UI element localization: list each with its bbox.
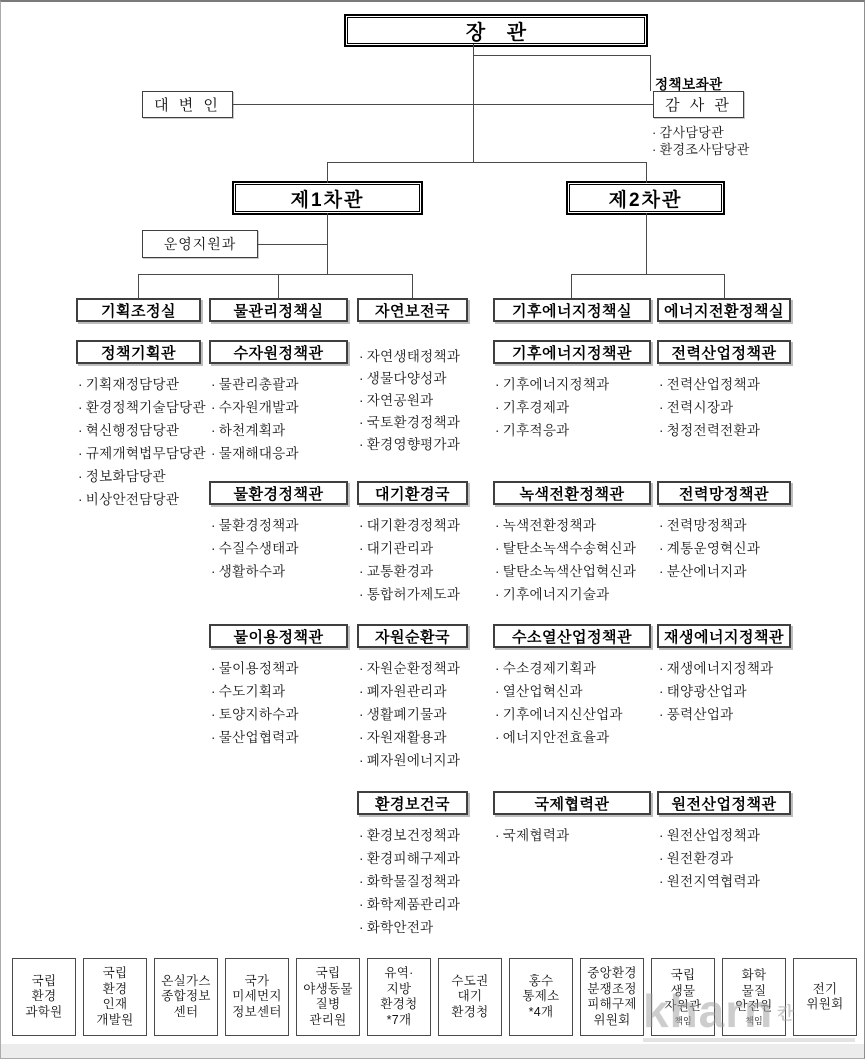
department-label: 수도기획과 [219,684,286,699]
department-item: ·수자원개발과 [211,396,299,416]
bullet: · [659,828,664,843]
department-label: 환경피해구제과 [367,851,460,866]
operation-support-box: 운영지원과 [142,230,258,258]
bullet: · [659,377,664,392]
bullet: · [495,541,500,556]
department-item: ·화학안전과 [359,916,434,936]
department-label: 통합허가제도과 [367,587,460,602]
group-header-box: 환경보건국 [357,791,468,815]
department-item: ·물환경정책과 [211,514,299,534]
bullet: · [211,684,216,699]
agency-box: 화학물질안전원책임 [722,958,786,1036]
department-label: 수자원개발과 [219,400,299,415]
department-item: ·수소경제기획과 [495,657,596,677]
group-header-box: 전력망정책관 [657,481,791,505]
bullet: · [359,920,364,935]
agency-label-line: 통제소 [522,989,559,1005]
department-label: 규제개혁법무담당관 [86,446,206,461]
department-label: 열산업혁신과 [503,684,583,699]
agency-label-line: 수도권 [451,974,488,990]
department-item: ·폐자원에너지과 [359,749,460,769]
connector-line [473,44,474,162]
department-label: 청정전력전환과 [667,423,760,438]
bullet: · [659,874,664,889]
department-item: ·자연생태정책과 [359,345,460,365]
bullet: · [359,393,364,408]
bullet: · [359,661,364,676]
department-item: ·풍력산업과 [659,703,734,723]
connector-line [650,55,651,91]
department-item: ·자연공원과 [359,389,434,409]
department-label: 생물다양성과 [367,371,447,386]
bullet: · [78,469,83,484]
bullet: · [359,437,364,452]
bullet: · [659,851,664,866]
agency-label-line: 위원회 [593,1013,630,1029]
bullet: · [78,400,83,415]
connector-line [327,162,647,163]
bullet: · [495,587,500,602]
agency-label-line: 중앙환경 [587,966,637,982]
bullet: · [359,874,364,889]
department-label: 국제협력과 [503,828,570,843]
agency-note: 책임 [674,1016,691,1026]
agency-label-line: 센터 [174,1005,199,1021]
connector-line [412,274,413,298]
bullet: · [495,377,500,392]
agency-box: 수도권대기환경청 [438,958,502,1036]
bullet: · [359,587,364,602]
department-label: 물산업협력과 [219,730,299,745]
department-label: 재생에너지정책과 [667,661,774,676]
bullet: · [359,415,364,430]
bullet: · [211,400,216,415]
bullet: · [78,492,83,507]
department-label: 자원재활용과 [367,730,447,745]
department-item: ·국토환경정책과 [359,411,460,431]
bullet: · [78,423,83,438]
agency-label-line: 개발원 [96,1013,133,1029]
division-box: 물관리정책실 [209,298,348,322]
agency-label-line: 미세먼지 [232,989,282,1005]
connector-line [327,162,328,183]
group-header-box: 정책기획관 [76,340,201,364]
bullet: · [659,400,664,415]
department-label: 기후에너지신산업과 [503,707,623,722]
spokesperson-box: 대 변 인 [142,91,233,118]
bullet: · [359,753,364,768]
connector-line [571,274,572,298]
agency-box: 전기위원회 [793,958,857,1036]
bullet: · [495,707,500,722]
department-item: ·탈탄소녹색산업혁신과 [495,560,636,580]
group-header-box: 수소열산업정책관 [493,624,651,648]
connector-line [646,213,647,274]
group-header-box: 물환경정책관 [209,481,348,505]
agency-label-line: 정보센터 [232,1005,282,1021]
group-header-box: 재생에너지정책관 [657,624,791,648]
bullet: · [659,564,664,579]
department-item: ·기후에너지정책과 [495,373,610,393]
bullet: · [359,828,364,843]
agency-box: 중앙환경분쟁조정피해구제위원회 [580,958,644,1036]
agency-box: 국가미세먼지정보센터 [225,958,289,1036]
bullet: · [495,661,500,676]
department-label: 폐자원관리과 [367,684,447,699]
bullet: · [359,541,364,556]
bullet: · [211,446,216,461]
vice-minister-2-label: 제2차관 [609,185,683,212]
bullet: · [652,142,657,157]
department-label: 원전환경과 [667,851,734,866]
department-label: 자연공원과 [367,393,434,408]
bullet: · [211,377,216,392]
department-item: ·생물다양성과 [359,367,447,387]
agency-label-line: 전기 [813,982,838,998]
department-item: ·원전지역협력과 [659,870,760,890]
department-item: ·혁신행정담당관 [78,419,179,439]
bullet: · [359,349,364,364]
department-label: 화학물질정책과 [367,874,460,889]
agency-note: 책임 [745,1016,762,1026]
agency-label-line: 자원관 [664,999,701,1015]
department-item: ·기후경제과 [495,396,570,416]
department-item: ·규제개혁법무담당관 [78,442,206,462]
page-bottom-strip [1,1044,864,1058]
agency-label-line: *7개 [387,1013,412,1029]
bullet: · [495,518,500,533]
group-header-box: 수자원정책관 [209,340,348,364]
agency-label-line: 관리원 [309,1013,346,1029]
department-item: ·폐자원관리과 [359,680,447,700]
agency-label-line: 국립 [103,966,128,982]
department-label: 전력망정책과 [667,518,747,533]
agency-label-line: 분쟁조정 [587,982,637,998]
department-label: 태양광산업과 [667,684,747,699]
bullet: · [78,377,83,392]
agency-label-line: 위원회 [806,997,843,1013]
spokesperson-label: 대 변 인 [154,94,221,115]
connector-line [258,244,327,245]
connector-line [138,274,413,275]
department-label: 기후에너지기술과 [503,587,610,602]
department-label: 생활하수과 [219,564,286,579]
department-item: ·기후에너지신산업과 [495,703,623,723]
agency-label-line: 환경청 [451,1005,488,1021]
bullet: · [495,400,500,415]
department-label: 기후적응과 [503,423,570,438]
department-item: ·수도기획과 [211,680,286,700]
department-item: ·교통환경과 [359,560,434,580]
department-item: ·원전환경과 [659,847,734,867]
vice-minister-2-box: 제2차관 [569,184,722,212]
department-item: ·기후에너지기술과 [495,583,610,603]
department-item: ·화학제품관리과 [359,893,460,913]
org-chart: 장 관 대 변 인 정책보좌관 감 사 관 ·감사담당관 ·환경조사담당관 제1… [0,0,865,1059]
agency-label-line: 과학원 [25,1005,62,1021]
department-label: 토양지하수과 [219,707,299,722]
department-label: 하천계획과 [219,423,286,438]
department-item: ·전력산업정책과 [659,373,760,393]
bullet: · [495,828,500,843]
department-item: ·전력시장과 [659,396,734,416]
department-item: ·물관리총괄과 [211,373,299,393]
bullet: · [78,446,83,461]
department-label: 화학안전과 [367,920,434,935]
bullet: · [359,730,364,745]
department-label: 원전지역협력과 [667,874,760,889]
bullet: · [211,564,216,579]
department-label: 탈탄소녹색수송혁신과 [503,541,636,556]
connector-line [327,213,328,274]
division-box: 기후에너지정책실 [493,298,651,322]
department-item: ·물이용정책과 [211,657,299,677]
agency-label-line: 국립 [316,966,341,982]
department-label: 환경정책기술담당관 [86,400,206,415]
department-label: 국토환경정책과 [367,415,460,430]
department-label: 혁신행정담당관 [86,423,179,438]
agency-label-line: 환경 [103,982,128,998]
bullet: · [659,541,664,556]
vice-minister-1-label: 제1차관 [291,185,365,212]
department-label: 수질수생태과 [219,541,299,556]
connector-line [473,55,651,56]
bullet: · [211,661,216,676]
department-item: ·에너지안전효율과 [495,726,610,746]
department-item: ·비상안전담당관 [78,488,179,508]
department-label: 물환경정책과 [219,518,299,533]
department-item: ·환경정책기술담당관 [78,396,206,416]
minister-box: 장 관 [347,17,645,44]
department-item: ·환경보건정책과 [359,824,460,844]
agency-label-line: 화학 [742,968,767,984]
department-item: ·기후적응과 [495,419,570,439]
agency-label-line: 유역· [384,966,413,982]
agency-label-line: 물질 [742,984,767,1000]
department-label: 대기관리과 [367,541,434,556]
bullet: · [659,423,664,438]
connector-line [571,274,725,275]
agency-label-line: 질병 [316,997,341,1013]
agency-box: 홍수통제소*4개 [509,958,573,1036]
department-label: 물이용정책과 [219,661,299,676]
bullet: · [359,371,364,386]
agency-box: 국립환경인재개발원 [83,958,147,1036]
agency-label-line: 환경 [32,989,57,1005]
department-label: 녹색전환정책과 [503,518,596,533]
agency-box: 국립야생동물질병관리원 [296,958,360,1036]
department-item: ·청정전력전환과 [659,419,760,439]
department-label: 자원순환정책과 [367,661,460,676]
connector-line [138,274,139,298]
department-item: ·녹색전환정책과 [495,514,596,534]
department-item: ·통합허가제도과 [359,583,460,603]
department-label: 교통환경과 [367,564,434,579]
bullet: · [495,423,500,438]
division-box: 에너지전환정책실 [657,298,791,322]
department-label: 물재해대응과 [219,446,299,461]
department-label: 물관리총괄과 [219,377,299,392]
bullet: · [495,730,500,745]
bullet: · [211,518,216,533]
department-item: ·재생에너지정책과 [659,657,774,677]
department-item: ·열산업혁신과 [495,680,583,700]
department-item: ·대기관리과 [359,537,434,557]
department-item: ·토양지하수과 [211,703,299,723]
vice-minister-1-box: 제1차관 [235,184,420,212]
department-item: ·국제협력과 [495,824,570,844]
division-box: 자연보전국 [357,298,468,322]
agency-box: 온실가스종합정보센터 [154,958,218,1036]
agency-label-line: *4개 [529,1005,554,1021]
department-item: ·환경피해구제과 [359,847,460,867]
connector-line [646,162,647,183]
department-item: ·수질수생태과 [211,537,299,557]
agency-label-line: 종합정보 [161,989,211,1005]
group-header-box: 대기환경국 [357,481,468,505]
department-item: ·물재해대응과 [211,442,299,462]
department-item: ·분산에너지과 [659,560,747,580]
bullet: · [659,707,664,722]
group-header-box: 기후에너지정책관 [493,340,651,364]
department-label: 비상안전담당관 [86,492,179,507]
bullet: · [359,518,364,533]
department-label: 환경보건정책과 [367,828,460,843]
bullet: · [359,684,364,699]
department-item: ·대기환경정책과 [359,514,460,534]
department-label: 풍력산업과 [667,707,734,722]
group-header-box: 물이용정책관 [209,624,348,648]
department-label: 자연생태정책과 [367,349,460,364]
department-item: ·정보화담당관 [78,465,166,485]
department-label: 원전산업정책과 [667,828,760,843]
department-item: ·물산업협력과 [211,726,299,746]
bullet: · [495,564,500,579]
agency-label-line: 지방 [387,982,412,998]
division-box: 기획조정실 [76,298,201,322]
bullet: · [359,897,364,912]
bullet: · [652,125,657,140]
department-label: 정보화담당관 [86,469,166,484]
group-header-box: 국제협력관 [493,791,651,815]
department-label: 전력산업정책과 [667,377,760,392]
operation-support-label: 운영지원과 [164,234,237,254]
department-label: 대기환경정책과 [367,518,460,533]
watermark-tagline [643,1038,855,1042]
bullet: · [211,730,216,745]
department-item: ·화학물질정책과 [359,870,460,890]
department-item: ·전력망정책과 [659,514,747,534]
bullet: · [211,423,216,438]
connector-line [724,274,725,298]
group-header-box: 자원순환국 [357,624,468,648]
agency-label-line: 온실가스 [161,974,211,990]
department-label: 폐자원에너지과 [367,753,460,768]
department-label: 화학제품관리과 [367,897,460,912]
department-item: ·태양광산업과 [659,680,747,700]
agency-box: 국립환경과학원 [12,958,76,1036]
department-label: 탈탄소녹색산업혁신과 [503,564,636,579]
department-item: ·자원재활용과 [359,726,447,746]
department-label: 분산에너지과 [667,564,747,579]
group-header-box: 원전산업정책관 [657,791,791,815]
bullet: · [211,541,216,556]
agency-label-line: 안전원 [735,999,772,1015]
agency-label-line: 야생동물 [303,982,353,998]
department-item: ·탈탄소녹색수송혁신과 [495,537,636,557]
bullet: · [659,684,664,699]
agency-label-line: 국립 [671,968,696,984]
department-label: 기획재정담당관 [86,377,179,392]
audit-officer-label: 감 사 관 [665,94,732,115]
bullet: · [359,851,364,866]
department-item: ·기획재정담당관 [78,373,179,393]
department-label: 계통운영혁신과 [667,541,760,556]
department-label: 환경영향평가과 [367,437,460,452]
department-item: ·생활하수과 [211,560,286,580]
department-item: ·생활폐기물과 [359,703,447,723]
agency-label-line: 피해구제 [587,997,637,1013]
department-label: 기후에너지정책과 [503,377,610,392]
bullet: · [659,661,664,676]
department-label: 수소경제기획과 [503,661,596,676]
agency-label-line: 인재 [103,997,128,1013]
department-label: 에너지안전효율과 [503,730,610,745]
department-label: 전력시장과 [667,400,734,415]
department-item: ·하천계획과 [211,419,286,439]
department-item: ·원전산업정책과 [659,824,760,844]
department-label: 기후경제과 [503,400,570,415]
group-header-box: 전력산업정책관 [657,340,791,364]
connector-line [278,274,279,298]
audit-officer-box: 감 사 관 [653,91,744,118]
agency-box: 유역·지방환경청*7개 [367,958,431,1036]
bullet: · [659,518,664,533]
department-item: ·자원순환정책과 [359,657,460,677]
agency-label-line: 생물 [671,984,696,1000]
agency-box: 국립생물자원관책임 [651,958,715,1036]
department-item: ·환경영향평가과 [359,433,460,453]
bullet: · [211,707,216,722]
agency-label-line: 환경청 [380,997,417,1013]
policy-advisor-label: 정책보좌관 [655,73,723,93]
bullet: · [359,564,364,579]
audit-item: ·환경조사담당관 [652,139,750,158]
bullet: · [359,707,364,722]
connector-line [233,104,653,105]
department-label: 생활폐기물과 [367,707,447,722]
agency-label-line: 홍수 [529,974,554,990]
agency-label-line: 국립 [32,974,57,990]
bullet: · [495,684,500,699]
agency-label-line: 국가 [245,974,270,990]
minister-label: 장 관 [458,16,534,45]
agency-label-line: 대기 [458,989,483,1005]
group-header-box: 녹색전환정책관 [493,481,651,505]
department-item: ·계통운영혁신과 [659,537,760,557]
